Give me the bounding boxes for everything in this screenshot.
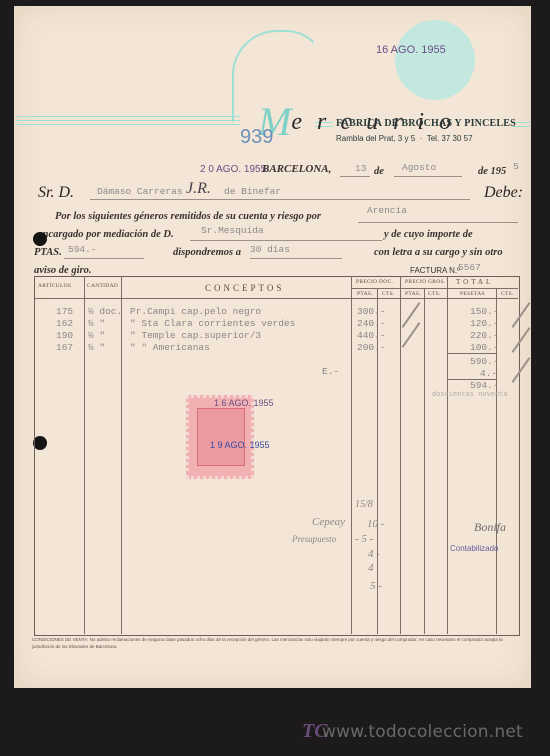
embalaje-label: E.- bbox=[322, 366, 339, 377]
total-in-words: doscientas noventa bbox=[432, 391, 508, 399]
terms-line-2-label: encargado por mediación de D. bbox=[38, 229, 174, 240]
de-label: de bbox=[374, 166, 384, 177]
decor-line bbox=[16, 120, 240, 121]
subtotal: 590.- bbox=[470, 356, 499, 367]
terms-line-4: aviso de giro. bbox=[34, 265, 91, 276]
row-1-cantidad: ½ doc. bbox=[88, 306, 122, 317]
pencil-value-2: - 5 - bbox=[355, 533, 373, 545]
ptas-label: PTAS. bbox=[34, 247, 62, 258]
row-1-articulo: 175 bbox=[56, 306, 73, 317]
pencil-value-3: 4 - bbox=[368, 548, 380, 560]
terms-line-2-suffix: y de cuyo importe de bbox=[384, 229, 473, 240]
row-3-cantidad: ½ " bbox=[88, 330, 105, 341]
brand-address: Rambla del Prat, 3 y 5 · Tel. 37 30 57 bbox=[336, 134, 473, 143]
ptas-line bbox=[64, 258, 144, 259]
terms-line-3-mid: dispondremos a bbox=[173, 247, 241, 258]
customer-place: de Binefar bbox=[224, 186, 281, 197]
handwritten-initials: J.R. bbox=[186, 180, 211, 198]
mercury-head-logo bbox=[395, 20, 475, 100]
fiscal-stamp-date-1: 1 6 AGO. 1955 bbox=[214, 398, 274, 408]
pencil-date: 15/8 bbox=[355, 499, 373, 510]
brand-subtitle: FABRICA DE BROCHAS Y PINCELES bbox=[336, 118, 516, 129]
ptas-amount: 594.- bbox=[68, 244, 97, 255]
transport-value: Arencia bbox=[367, 205, 407, 216]
invoice-number-label: FACTURA N.º bbox=[410, 266, 460, 275]
watermark-url: www.todocoleccion.net bbox=[322, 722, 523, 742]
header-cts-3: Cts. bbox=[501, 291, 514, 297]
header-bottom bbox=[34, 298, 518, 299]
salutation: Sr. D. bbox=[38, 184, 74, 202]
coat-of-arms-icon bbox=[197, 408, 245, 466]
header-conceptos: CONCEPTOS bbox=[205, 283, 284, 293]
row-2-articulo: 162 bbox=[56, 318, 73, 329]
days-line bbox=[250, 258, 342, 259]
debe-label: Debe: bbox=[484, 184, 523, 202]
header-cts: Cts. bbox=[382, 291, 395, 297]
pencil-value-4: 4 bbox=[368, 562, 374, 574]
todocoleccion-logo-icon: TC bbox=[302, 720, 322, 744]
header-precio-doc: Precio Doc. bbox=[356, 279, 393, 285]
terms-line-1-label: Por los siguientes géneros remitidos de … bbox=[55, 211, 321, 222]
header-divider bbox=[351, 288, 518, 289]
signature: Bonifa bbox=[474, 520, 506, 535]
row-1-total: 150.- bbox=[470, 306, 499, 317]
invoice-number: 5567 bbox=[458, 262, 481, 273]
col-divider bbox=[121, 276, 122, 634]
row-4-concepto: " " Americanas bbox=[130, 342, 210, 353]
row-2-precio: 240.- bbox=[357, 318, 386, 329]
year-value: 5 bbox=[513, 161, 519, 172]
col-divider bbox=[400, 276, 401, 634]
punch-hole bbox=[33, 232, 47, 246]
row-4-articulo: 167 bbox=[56, 342, 73, 353]
pencil-value-5: 5 - bbox=[370, 580, 382, 592]
fiscal-stamp-date-2: 1 9 AGO. 1955 bbox=[210, 440, 270, 450]
day-line bbox=[340, 176, 370, 177]
header-cantidad: Cantidad bbox=[87, 283, 118, 289]
day-value: 13 bbox=[355, 163, 366, 174]
row-4-cantidad: ½ " bbox=[88, 342, 105, 353]
city-label: BARCELONA, bbox=[262, 163, 331, 175]
row-1-precio: 300.- bbox=[357, 306, 386, 317]
year-label: de 195 bbox=[478, 166, 506, 177]
brand-name: Mercurio bbox=[258, 92, 466, 139]
payment-days: 30 dias bbox=[250, 244, 290, 255]
received-stamp: 16 AGO. 1955 bbox=[376, 44, 446, 56]
decor-line bbox=[16, 124, 240, 125]
subtotal-line bbox=[447, 353, 497, 354]
pencil-label-2: Presupuesto bbox=[292, 534, 336, 544]
terms-line-3-suffix: con letra a su cargo y sin otro bbox=[374, 247, 503, 258]
terms-line-1 bbox=[358, 222, 518, 223]
contabilizado-stamp: Contabilizado bbox=[450, 544, 498, 553]
intermediary-value: Sr.Mesquida bbox=[201, 225, 264, 236]
row-2-concepto: " Sta Clara corrientes verdes bbox=[130, 318, 295, 329]
embalaje-amount: 4.- bbox=[480, 368, 497, 379]
col-divider bbox=[447, 276, 448, 634]
header-precio-gros: Precio Gros. bbox=[405, 279, 446, 285]
row-4-precio: 200.- bbox=[357, 342, 386, 353]
row-3-concepto: " Temple cap.superior/3 bbox=[130, 330, 261, 341]
header-cts-2: Cts. bbox=[428, 291, 441, 297]
row-2-cantidad: ½ " bbox=[88, 318, 105, 329]
row-2-total: 120.- bbox=[470, 318, 499, 329]
col-divider bbox=[84, 276, 85, 634]
handwritten-ref-number: 939 bbox=[240, 126, 273, 149]
decor-line bbox=[16, 116, 240, 117]
header-articulos: Artículos bbox=[38, 283, 71, 289]
pencil-value-1: 10 - bbox=[367, 518, 384, 530]
row-4-total: 100.- bbox=[470, 342, 499, 353]
row-1-concepto: Pr.Campi cap.pelo negro bbox=[130, 306, 261, 317]
header-ptas: Ptas. bbox=[357, 291, 373, 297]
header-ptas-2: Ptas. bbox=[405, 291, 421, 297]
header-total: TOTAL bbox=[456, 278, 493, 286]
row-3-precio: 440.- bbox=[357, 330, 386, 341]
row-3-articulo: 190 bbox=[56, 330, 73, 341]
customer-line bbox=[90, 199, 470, 200]
header-pesetas: Pesetas bbox=[460, 291, 485, 297]
customer-name: Dámaso Carreras bbox=[97, 186, 183, 197]
grand-total: 594.- bbox=[470, 380, 499, 391]
month-value: Agosto bbox=[402, 162, 436, 173]
col-divider bbox=[424, 288, 425, 634]
col-divider bbox=[351, 276, 352, 634]
received-stamp-2: 2 0 AGO. 1955 bbox=[200, 164, 266, 175]
month-line bbox=[394, 176, 462, 177]
terms-line-2 bbox=[190, 240, 382, 241]
row-3-total: 220.- bbox=[470, 330, 499, 341]
pencil-label-1: Cepeay bbox=[312, 516, 345, 528]
sale-conditions: CONDICIONES DE VENTA: No admito reclamac… bbox=[32, 636, 522, 650]
